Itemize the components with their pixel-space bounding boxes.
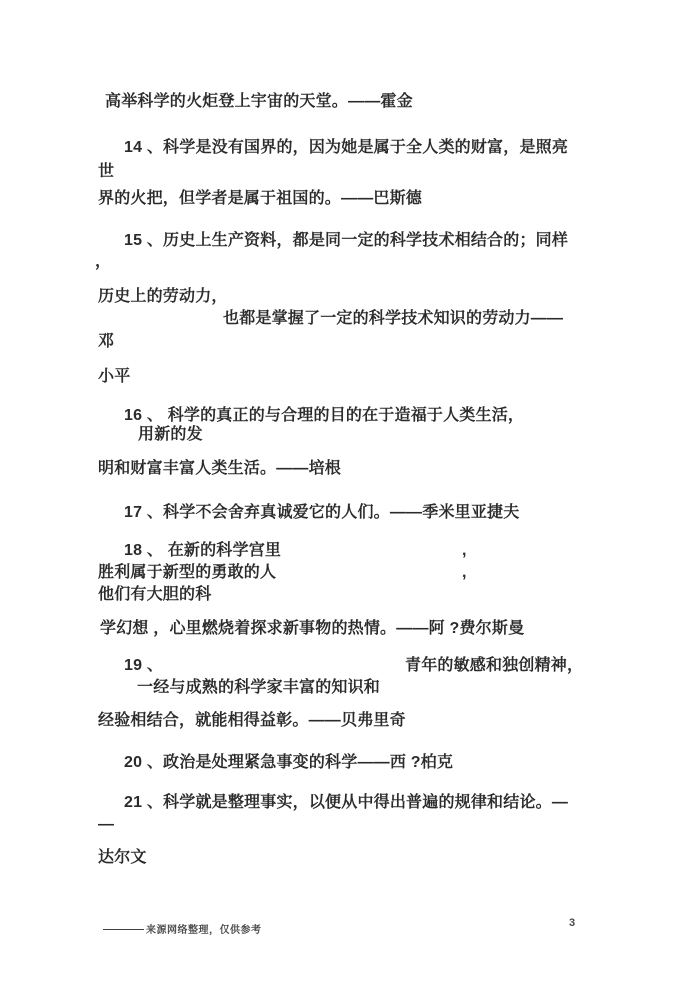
doc-line-text: 18 、 在新的科学宫里 (124, 542, 281, 559)
document-page: 高举科学的火炬登上宇宙的天堂。——霍金 14 、科学是没有国界的，因为她是属于全… (0, 0, 700, 991)
doc-line: 胜利属于新型的勇敢的人 , (98, 563, 276, 583)
doc-line: 学幻想 ，心里燃烧着探求新事物的热情。——阿 ?费尔斯曼 (100, 619, 524, 639)
footer-dash-line (103, 929, 144, 930)
doc-line: 15 、历史上生产资料，都是同一定的科学技术相结合的；同样 (124, 231, 568, 251)
doc-line: 高举科学的火炬登上宇宙的天堂。——霍金 (105, 92, 413, 112)
doc-line: 14 、科学是没有国界的，因为她是属于全人类的财富，是照亮 (124, 138, 568, 158)
doc-line: 19 、 青年的敏感和独创精神， (124, 656, 163, 676)
doc-line: 一经与成熟的科学家丰富的知识和 (137, 678, 380, 698)
doc-line: 小平 (98, 367, 130, 387)
doc-line-trailing-comma: , (462, 541, 467, 561)
doc-line: 经验相结合，就能相得益彰。——贝弗里奇 (98, 711, 406, 731)
doc-line: 明和财富丰富人类生活。——培根 (98, 459, 341, 479)
doc-line: 21 、科学就是整理事实，以便从中得出普遍的规律和结论。— (124, 793, 568, 813)
doc-line-trailing-comma: , (462, 563, 467, 583)
doc-line: 邓 (98, 332, 114, 352)
footer-source-note: 来源网络整理，仅供参考 (146, 921, 262, 936)
doc-line-right-text: 青年的敏感和独创精神， (405, 656, 583, 676)
doc-line: 世 (98, 162, 114, 182)
page-number: 3 (569, 917, 575, 929)
doc-line-number: 19 、 (124, 657, 163, 674)
doc-line: ， (95, 252, 111, 272)
doc-line: 历史上的劳动力， (98, 287, 228, 307)
doc-line: 界的火把，但学者是属于祖国的。——巴斯德 (98, 189, 422, 209)
doc-line: 用新的发 (138, 425, 203, 445)
doc-line: 达尔文 (98, 848, 147, 868)
doc-line-text: 胜利属于新型的勇敢的人 (98, 564, 276, 581)
doc-line: 20 、政治是处理紧急事变的科学——西 ?柏克 (124, 753, 453, 773)
doc-line: 16 、 科学的真正的与合理的目的在于造福于人类生活， (124, 406, 524, 426)
doc-line: 18 、 在新的科学宫里 , (124, 541, 281, 561)
doc-line: — (98, 815, 114, 835)
doc-line: 他们有大胆的科 (98, 585, 211, 605)
doc-line: 也都是掌握了一定的科学技术知识的劳动力—— (223, 309, 563, 329)
doc-line: 17 、科学不会舍弃真诚爱它的人们。——季米里亚捷夫 (124, 503, 519, 523)
